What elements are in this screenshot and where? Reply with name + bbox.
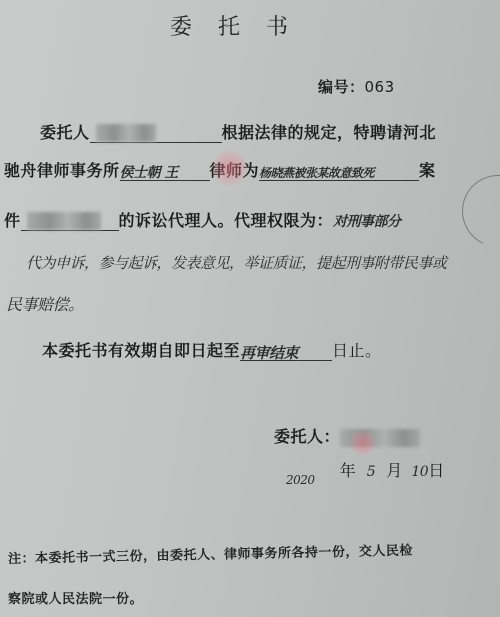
line1-text: 根据法律的规定，特聘请河北 [222,123,437,142]
validity-line: 本委托书有效期自即日起至再审结束日止。 [42,338,382,361]
party-name-field [21,212,119,231]
red-seal-mark-2 [350,430,376,456]
date-line: 2020 年 5 月 10日 [286,458,444,481]
validity-end-field: 再审结束 [240,342,332,361]
year-label: 年 [340,461,356,480]
note-line-2: 察院或人民法院一份。 [8,588,143,607]
validity-end-handwritten: 再审结束 [240,344,298,362]
principal-name-field [90,124,222,143]
redacted-principal-name [96,124,156,142]
year-handwritten: 2020 [286,473,315,487]
law-firm-name: 驰舟律师事务所 [4,161,120,180]
day-handwritten: 10 [411,464,428,480]
pen-mark [452,165,500,257]
note-line-1: 注：本委托书一式三份，由委托人、律师事务所各持一份，交人民检 [8,540,413,567]
serial-number: 编号：063 [318,76,395,97]
power-of-attorney-document: 委托书 编号：063 委托人根据法律的规定，特聘请河北 驰舟律师事务所侯士朝 王… [0,0,500,617]
title-char: 书 [266,10,288,41]
case-name-field: 杨晓燕被张某故意致死 [259,162,419,181]
line3-text: 的诉讼代理人。代理权限为： [119,211,334,230]
title-char: 委 [170,10,192,41]
red-seal-mark [212,150,248,186]
day-label: 日 [428,461,444,480]
validity-suffix: 日止。 [332,341,382,360]
authority-handwritten-1: 对刑事部分 [333,214,401,230]
serial-label: 编号： [318,78,365,96]
serial-value: 063 [365,78,395,96]
title-char: 托 [218,10,240,41]
authority-handwritten-2: 代为申诉，参与起诉，发表意见，举证质证，提起刑事附带民事或 [26,252,447,273]
redacted-party-name [27,212,101,230]
principal-label: 委托人 [40,123,90,142]
line3-prefix: 件 [4,211,21,230]
validity-prefix: 本委托书有效期自即日起至 [42,341,240,360]
case-name-handwritten: 杨晓燕被张某故意致死 [259,166,374,180]
month-label: 月 [386,461,402,480]
lawyer-name-field: 侯士朝 王 [120,162,210,181]
line2-suffix: 案 [419,161,436,180]
authority-handwritten-3: 民事赔偿。 [6,292,84,315]
signature-line: 委托人： [274,424,420,447]
document-title: 委托书 [170,10,314,41]
month-handwritten: 5 [367,464,375,480]
lawyer-name-handwritten: 侯士朝 王 [120,165,178,181]
signature-label: 委托人： [274,427,340,446]
principal-line: 委托人根据法律的规定，特聘请河北 [40,120,436,143]
agent-line: 件的诉讼代理人。代理权限为：对刑事部分 [4,208,401,231]
